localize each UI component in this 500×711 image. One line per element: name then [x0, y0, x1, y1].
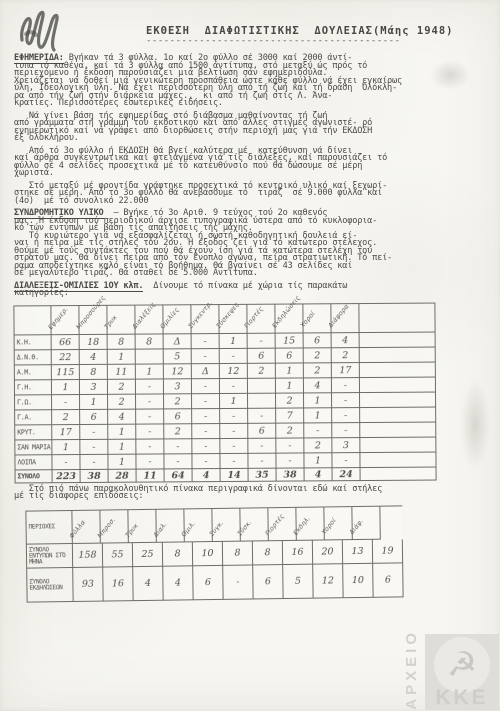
archive-vertical-text: ΑΡΧΕΙΟ	[403, 627, 420, 710]
text-line: σέ μεγαλύτερο τιράζ. Θά σταθεί σέ 5.000 …	[14, 270, 492, 278]
table-cell: 1	[304, 393, 332, 408]
column-header: Γιορτές	[268, 507, 296, 540]
column-header: Φύλλα	[72, 510, 100, 543]
table-cell: 1	[304, 408, 332, 423]
table-cell: -	[332, 423, 360, 438]
table-cell: 6	[373, 563, 403, 597]
table-cell: 2	[276, 393, 304, 408]
table-header-row: ΠεριοχέςΦύλλαΜπροσ.ΤρυκΔιαλ.Ομιλ.Συγκ.Σύ…	[26, 506, 402, 544]
row-label: Σύνολο εντύπων στό μήνα	[27, 543, 73, 568]
table-header-row: Εφημερ.ΜπροσούρεςΤρυκΔιαλέξειςΟμιλίεςΣυγ…	[14, 303, 435, 335]
table-cell: 35	[249, 468, 277, 481]
table-cell: -	[248, 408, 276, 423]
table-cell: -	[80, 439, 108, 454]
table-cell: 2	[332, 348, 360, 363]
table-cell: 1	[108, 424, 136, 439]
table-cell-empty	[360, 332, 436, 348]
text-line: ΔΙΑΛΕΞΕΙΣ-ΟΜΙΛΙΕΣ 1ΟΥ κλπ. Δίνουμε τό πί…	[14, 283, 492, 291]
table-cell: 4	[304, 378, 332, 393]
column-header: Διάφορα	[331, 304, 359, 333]
table-cell: -	[304, 423, 332, 438]
paragraph: ΔΙΑΛΕΞΕΙΣ-ΟΜΙΛΙΕΣ 1ΟΥ κλπ. Δίνουμε τό πί…	[14, 283, 492, 298]
text-line: ενημερωτικό καί νά γράφει από διορθώσεις…	[14, 128, 492, 136]
table-cell: 2	[304, 363, 332, 378]
table-cell: -	[332, 378, 360, 393]
table-cell: -	[332, 393, 360, 408]
title-underline: ----------------------------------------…	[146, 36, 401, 46]
paragraph-lines: Νά γίνει βάση τής εφημερίδας στό διάβασμ…	[14, 113, 492, 143]
table-cell: 8	[80, 364, 108, 379]
table-cell: 14	[221, 468, 249, 481]
table-cell: 3	[332, 438, 360, 453]
statistics-table-1: Εφημερ.ΜπροσούρεςΤρυκΔιαλέξειςΟμιλίεςΣυγ…	[13, 302, 436, 483]
table-cell: 38	[81, 469, 109, 482]
row-label: Γ.Ω.	[15, 395, 52, 410]
column-header: Εκδηλώσεις	[275, 304, 303, 333]
table-cell: 64	[165, 469, 193, 482]
paragraph: Από τό 3ο φύλλο ή ΕΚΔΟΣΗ θά βγεί καλύτερ…	[14, 148, 492, 178]
table-cell: 1	[220, 393, 248, 408]
table-cell: 1	[80, 394, 108, 409]
table-cell: 16	[283, 540, 313, 564]
table-cell: 66	[52, 335, 80, 350]
column-header-label: Συγκεντρ.	[187, 299, 214, 329]
table-cell: 1	[108, 439, 136, 454]
table-cell: 16	[103, 567, 133, 601]
paragraph: Στό πιό πάνω παρακολουθητικό πίνακα περι…	[14, 486, 492, 501]
table-cell: 11	[108, 364, 136, 379]
paragraph-lines: Από τό 3ο φύλλο ή ΕΚΔΟΣΗ θά βγεί καλύτερ…	[14, 148, 492, 178]
table-cell: -	[136, 409, 164, 424]
table-cell: -	[276, 453, 304, 468]
table-cell: 1	[276, 378, 304, 393]
text-run: Δίνουμε τό πίνακα μέ χώρια τίς παρακάτω	[143, 281, 347, 291]
paragraph-lines: τυπα τό καθένα, καί τά 3 φύλλα από 1500 …	[14, 63, 492, 108]
column-header: Ομιλίες	[163, 305, 191, 334]
table-cell: 12	[164, 364, 192, 379]
table-cell: 1	[52, 380, 80, 395]
row-label: Σύνολο εκδηλώσεων	[27, 567, 73, 602]
table-cell: 38	[277, 468, 305, 481]
table-cell: 223	[53, 470, 81, 483]
column-header: Συγκεντρ.	[191, 305, 219, 334]
table-cell: 12	[220, 363, 248, 378]
text-line: κρατίες. Περισσότερες έσωτερικές ειδήσει…	[14, 100, 492, 108]
table-cell: -	[248, 438, 276, 453]
table-cell: 17	[332, 363, 360, 378]
table-cell: 6	[276, 348, 304, 363]
column-header: Σύσκ.	[240, 508, 268, 541]
table-cell: 158	[73, 543, 103, 567]
table-cell: 24	[333, 468, 361, 481]
table-cell-empty	[360, 392, 436, 408]
table-cell: 2	[108, 379, 136, 394]
table-cell: -	[136, 454, 164, 469]
table-cell: 8	[136, 334, 164, 349]
row-label: ΛΟΙΠΑ	[15, 455, 52, 470]
table-cell: -	[220, 408, 248, 423]
row-label: Γ.Α.	[15, 410, 52, 425]
table-cell	[248, 393, 276, 408]
table-cell	[248, 378, 276, 393]
table-cell-empty	[360, 407, 436, 423]
table-cell: -	[220, 438, 248, 453]
column-header: Μπροσ.	[100, 510, 128, 543]
table-cell: -	[164, 454, 192, 469]
table-cell: 19	[373, 539, 403, 563]
table-cell: -	[192, 394, 220, 409]
table-cell: -	[220, 453, 248, 468]
table-cell: -	[192, 349, 220, 364]
table-cell: 1	[52, 440, 80, 455]
column-header-label: Μπροσούρες	[75, 294, 107, 331]
table-cell: 2	[304, 348, 332, 363]
column-header: Χοροί	[324, 507, 352, 540]
paragraph-lines: Στό πιό πάνω παρακολουθητικό πίνακα περι…	[14, 486, 492, 501]
table-cell: 8	[163, 542, 193, 566]
table-cell: 13	[343, 539, 373, 563]
column-header: Διάφ.	[352, 506, 380, 539]
text-line: (4ο) μέ τό συνολικό 22.000	[14, 198, 492, 206]
kke-emblem: ☭ ΚΚΕ	[425, 634, 499, 710]
column-header-label: Διάφορα	[327, 303, 350, 329]
table-cell: Δ	[192, 364, 220, 379]
table-cell: -	[192, 454, 220, 469]
table-cell	[136, 349, 164, 364]
paragraph: ΣΥΝΔΡΟΜΗΤΙΚΟ ΥΛΙΚΟ — Βγήκε τό 3ο Αριθ. 9…	[14, 210, 492, 278]
column-header: Διαλ.	[156, 509, 184, 542]
archive-logo-text: ΚΚΕ	[425, 686, 499, 710]
table-cell: 4	[305, 468, 333, 481]
row-label: Γ.Η.	[15, 380, 52, 395]
table-cell: 10	[343, 563, 373, 597]
table-cell: Δ	[164, 334, 192, 349]
table-cell-empty	[360, 362, 436, 378]
table-cell: 2	[108, 394, 136, 409]
table-cell: 8	[253, 541, 283, 565]
paragraph-lines: μας. Ή έκδοση τού περιοδικού άρχισε τυπο…	[14, 218, 492, 278]
table-cell: 4	[163, 566, 193, 600]
table-cell: 12	[313, 564, 343, 598]
table-cell: 1	[108, 349, 136, 364]
column-header: Διαλέξεις	[135, 305, 163, 334]
table-cell: 2	[164, 424, 192, 439]
table-corner: Περιοχές	[26, 510, 72, 544]
paragraph: ΕΦΗΜΕΡΙΔΑ: Βγήκαν τά 3 φύλλα. 1ο καί 2ο …	[14, 55, 492, 108]
table-cell: -	[223, 565, 253, 599]
table-cell: 6	[193, 565, 223, 599]
column-header: Τρυκ	[128, 509, 156, 542]
table-cell: 6	[164, 409, 192, 424]
table-cell: 115	[52, 365, 80, 380]
table-cell: 1	[136, 364, 164, 379]
column-header: Εκδηλ.	[296, 507, 324, 540]
table-cell: -	[248, 453, 276, 468]
table-cell-empty	[361, 467, 437, 481]
row-label: Α.Μ.	[15, 365, 52, 380]
table-cell: -	[332, 408, 360, 423]
table-cell: -	[80, 454, 108, 469]
column-header-label: Γιορτές	[264, 512, 286, 536]
text-line: χωριστά.	[14, 170, 492, 178]
row-label: Δ.Ν.Θ.	[15, 350, 52, 365]
table-cell: 3	[80, 379, 108, 394]
table-cell: 4	[133, 566, 163, 600]
table-cell: 4	[80, 349, 108, 364]
paragraph: Νά γίνει βάση τής εφημερίδας στό διάβασμ…	[14, 113, 492, 143]
table-cell: -	[136, 424, 164, 439]
archive-watermark: ΑΡΧΕΙΟ ☭ ΚΚΕ	[403, 627, 499, 710]
table-cell: -	[248, 333, 276, 348]
table-cell: 1	[108, 454, 136, 469]
text-line: μέ τίς διάφορες επιδόσεις:	[14, 493, 492, 501]
column-header-label: Διαλέξεις	[131, 301, 157, 330]
table-cell-empty	[360, 377, 436, 393]
column-header: Εφημερ.	[51, 306, 79, 335]
table-cell: 11	[137, 469, 165, 482]
table-cell: -	[52, 455, 80, 470]
table-cell: 10	[193, 541, 223, 565]
column-header: Συγκ.	[212, 508, 240, 541]
table-cell: -	[136, 379, 164, 394]
table-cell: 6	[253, 565, 283, 599]
scanned-document-page: ΕΚΘΕΣΗ ΔΙΑΦΩΤΙΣΤΙΚΗΣ ΔΟΥΛΕΙΑΣ(Μάης 1948)…	[0, 0, 500, 711]
row-label: ΣΥΝΟΛΟ	[16, 470, 53, 483]
table-cell: 15	[276, 333, 304, 348]
table-cell-empty	[360, 347, 436, 363]
table-cell: -	[80, 424, 108, 439]
table-cell: 55	[103, 543, 133, 567]
table-cell: 8	[223, 541, 253, 565]
table-cell: 4	[108, 409, 136, 424]
text-line: φύλλο σέ 4 σελίδες προσεχτικά μέ τό κατε…	[14, 163, 492, 171]
table-cell-empty	[359, 303, 435, 333]
table-cell: 7	[276, 408, 304, 423]
row-label: ΣΑΝ ΜΑΡΙΑ	[15, 440, 52, 455]
table-corner	[14, 306, 51, 335]
statistics-table-2: ΠεριοχέςΦύλλαΜπροσ.ΤρυκΔιαλ.Ομιλ.Συγκ.Σύ…	[25, 505, 403, 602]
table-cell: 6	[248, 348, 276, 363]
table-cell: 2	[248, 363, 276, 378]
table-cell: -	[332, 453, 360, 468]
table-cell: 5	[164, 349, 192, 364]
table-cell: -	[276, 438, 304, 453]
document-body: ΕΦΗΜΕΡΙΔΑ: Βγήκαν τά 3 φύλλα. 1ο καί 2ο …	[14, 55, 492, 600]
column-header-label: Εκδηλώσεις	[271, 294, 302, 329]
table-cell: 28	[109, 469, 137, 482]
table-cell: -	[192, 424, 220, 439]
table-cell: 2	[276, 423, 304, 438]
column-header: Τρυκ	[107, 305, 135, 334]
table-cell: 93	[73, 567, 103, 601]
table-cell: 4	[332, 333, 360, 348]
paragraph-lines: Στό μεταξύ μέ φροντίδα γράφτηκε προσεχτι…	[14, 183, 492, 206]
table-row: Σύνολο εκδηλώσεων9316446-6512106	[27, 563, 403, 602]
table-cell: 4	[193, 469, 221, 482]
table-cell: -	[192, 409, 220, 424]
table-cell: 2	[164, 394, 192, 409]
table-cell-empty	[360, 422, 436, 438]
table-cell: 8	[108, 334, 136, 349]
table-cell: -	[136, 439, 164, 454]
table-cell: -	[220, 423, 248, 438]
table-cell: 17	[52, 425, 80, 440]
table-cell: -	[220, 378, 248, 393]
table-cell: 1	[276, 363, 304, 378]
table-cell: -	[192, 439, 220, 454]
table-cell-empty	[360, 452, 436, 468]
hammer-sickle-icon: ☭	[434, 637, 490, 693]
table-cell: 2	[52, 410, 80, 425]
table-cell: 1	[220, 333, 248, 348]
table-cell: -	[220, 348, 248, 363]
table-cell: -	[192, 334, 220, 349]
table-cell: 5	[283, 564, 313, 598]
text-line: έξ ολοκλήρου.	[14, 135, 492, 143]
table-cell: 6	[304, 333, 332, 348]
table-cell: -	[164, 439, 192, 454]
paragraph: Στό μεταξύ μέ φροντίδα γράφτηκε προσεχτι…	[14, 183, 492, 206]
column-header: Γιορτές	[247, 304, 275, 333]
column-header-label: Σύσκεψες	[215, 301, 241, 330]
table-cell: 6	[248, 423, 276, 438]
column-header: Σύσκεψες	[219, 304, 247, 333]
row-label: Κ.Η.	[15, 335, 52, 350]
table-cell-empty	[360, 437, 436, 453]
table-cell: -	[136, 394, 164, 409]
table-cell: 18	[80, 334, 108, 349]
column-header: Χοροί	[303, 304, 331, 333]
column-header-label: Εφημερ.	[47, 305, 70, 330]
column-header: Μπροσούρες	[79, 305, 107, 334]
column-header: Ομιλ.	[184, 509, 212, 542]
row-label: ΚΡΥΤ.	[15, 425, 52, 440]
table-cell: 20	[313, 540, 343, 564]
table-cell: 3	[164, 379, 192, 394]
table-cell: 2	[304, 438, 332, 453]
table-row: ΣΥΝΟΛΟ223382811644143538424	[16, 467, 437, 483]
table-cell: 1	[304, 453, 332, 468]
table-cell: 22	[52, 350, 80, 365]
table-cell: 25	[133, 542, 163, 566]
table-cell: 6	[80, 409, 108, 424]
table-cell: -	[192, 379, 220, 394]
table-cell: -	[52, 395, 80, 410]
